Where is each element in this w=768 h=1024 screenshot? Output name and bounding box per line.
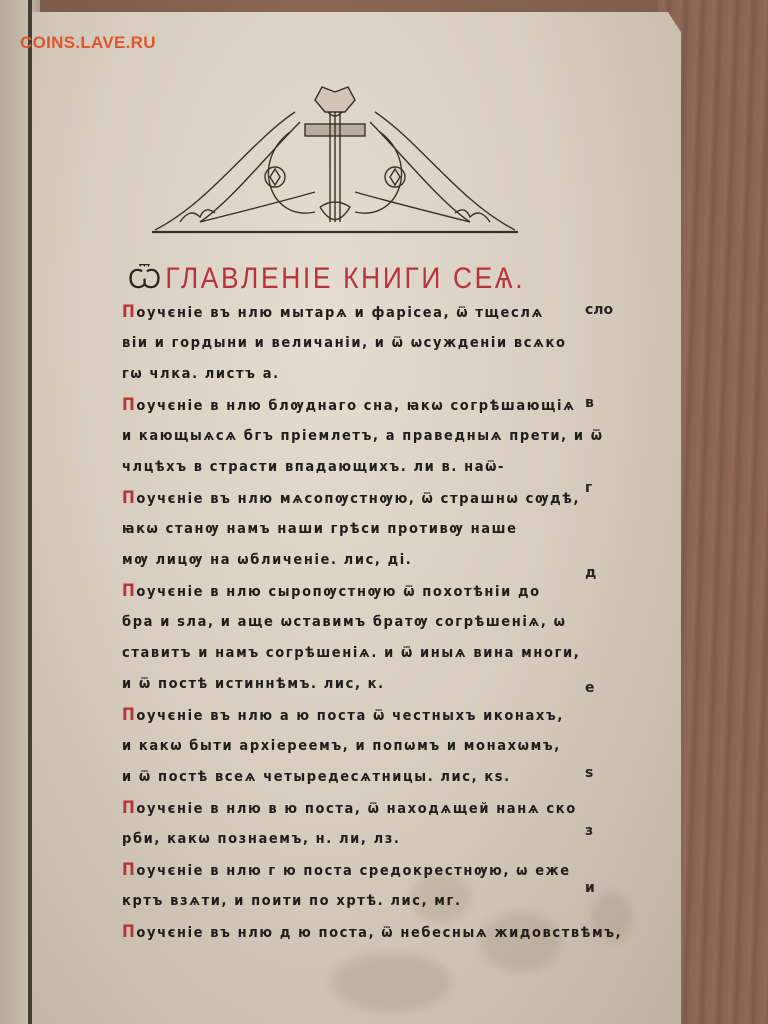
entry-line: оучєніе въ нлю а ю поста ѿ честныхъ икон… [136,708,563,724]
entry-line: бра и ѕла, и аще ѡставимъ братѹ согрѣшен… [122,607,602,638]
red-initial: П [122,860,136,880]
folio-number: ѕ [585,765,593,781]
entry-line: и кающыѧсѧ бгъ пріемлетъ, а праведныѧ пр… [122,421,602,452]
entry-line: оучєніе в нлю сыропѹстнѹю ѿ похотѣніи до [136,584,540,600]
toc-entry: Поучєніе в нлю в ю поста, ѿ находѧщей на… [122,793,602,855]
entry-line: рби, какѡ познаемъ, н. ли, лз. [122,824,602,855]
folio-number: и [585,880,595,896]
entry-line: оучєніе въ нлю мѧсопѹстнѹю, ѿ страшнѡ сѹ… [136,491,580,507]
entry-line: оучєніе в нлю в ю поста, ѿ находѧщей нан… [136,801,576,817]
title-text: ГЛАВЛЕНІЕ КНИГИ СЕѦ. [165,262,525,295]
entry-line: оучєніе въ нлю мытарѧ и фарісеа, ѿ тщесл… [136,305,544,321]
folio-number: е [585,680,595,696]
toc-entry: Поучєніе въ нлю а ю поста ѿ честныхъ ико… [122,700,602,793]
toc-entry: Поучєніе в нлю сыропѹстнѹю ѿ похотѣніи д… [122,576,602,700]
entry-line: кртъ взѧти, и поити по хртѣ. лис, мг. [122,886,602,917]
folio-number: з [585,823,593,839]
entry-line: мѹ лицѹ на ѡбличеніе. лис, ді. [122,545,602,576]
red-initial: П [122,581,136,601]
folio-number: г [585,480,592,496]
entry-line: члцѣхъ в страсти впадающихъ. ли в. наѿ- [122,452,602,483]
title-ornament: Ѿ [128,263,164,294]
table-of-contents: Поучєніе въ нлю мытарѧ и фарісеа, ѿ тщес… [122,297,602,948]
folio-number: д [585,565,596,581]
entry-line: и ѿ постѣ всеѧ четыредесѧтницы. лис, кѕ. [122,762,602,793]
entry-line: ꙗкѡ станѹ намъ наши грѣси противѹ наше [122,514,602,545]
entry-line: оучєніе въ нлю д ю поста, ѿ небесныѧ жид… [136,925,622,941]
toc-entry: Поучєніе въ нлю мытарѧ и фарісеа, ѿ тщес… [122,297,602,390]
folio-number: сло [585,302,613,318]
entry-line: оучєніе в нлю блѹднаго сна, ꙗкѡ согрѣшаю… [136,398,575,414]
red-initial: П [122,302,136,322]
red-initial: П [122,798,136,818]
entry-line: и какѡ быти архіереемъ, и попѡмъ и монах… [122,731,602,762]
entry-line: віи и гордыни и величаніи, и ѿ ѡсужденіи… [122,328,602,359]
entry-line: оучєніе в нлю г ю поста средокрестнѹю, ѡ… [136,863,570,879]
red-initial: П [122,705,136,725]
entry-line: и ѿ постѣ истиннѣмъ. лис, к. [122,669,602,700]
toc-entry: Поучєніе въ нлю д ю поста, ѿ небесныѧ жи… [122,917,602,948]
red-initial: П [122,488,136,508]
red-initial: П [122,922,136,942]
page-title: ѾГЛАВЛЕНІЕ КНИГИ СЕѦ. [128,262,525,296]
red-initial: П [122,395,136,415]
entry-line: ставитъ и намъ согрѣшеніѧ. и ѿ иныѧ вина… [122,638,602,669]
folio-number: в [585,395,594,411]
toc-entry: Поучєніе въ нлю мѧсопѹстнѹю, ѿ страшнѡ с… [122,483,602,576]
headpiece-ornament-icon [150,82,520,242]
toc-entry: Поучєніе в нлю блѹднаго сна, ꙗкѡ согрѣша… [122,390,602,483]
water-stain [331,952,451,1012]
entry-line: гѡ члка. листъ а. [122,359,602,390]
toc-entry: Поучєніе в нлю г ю поста средокрестнѹю, … [122,855,602,917]
watermark: COINS.LAVE.RU [20,33,156,53]
binding-edge [28,0,32,1024]
